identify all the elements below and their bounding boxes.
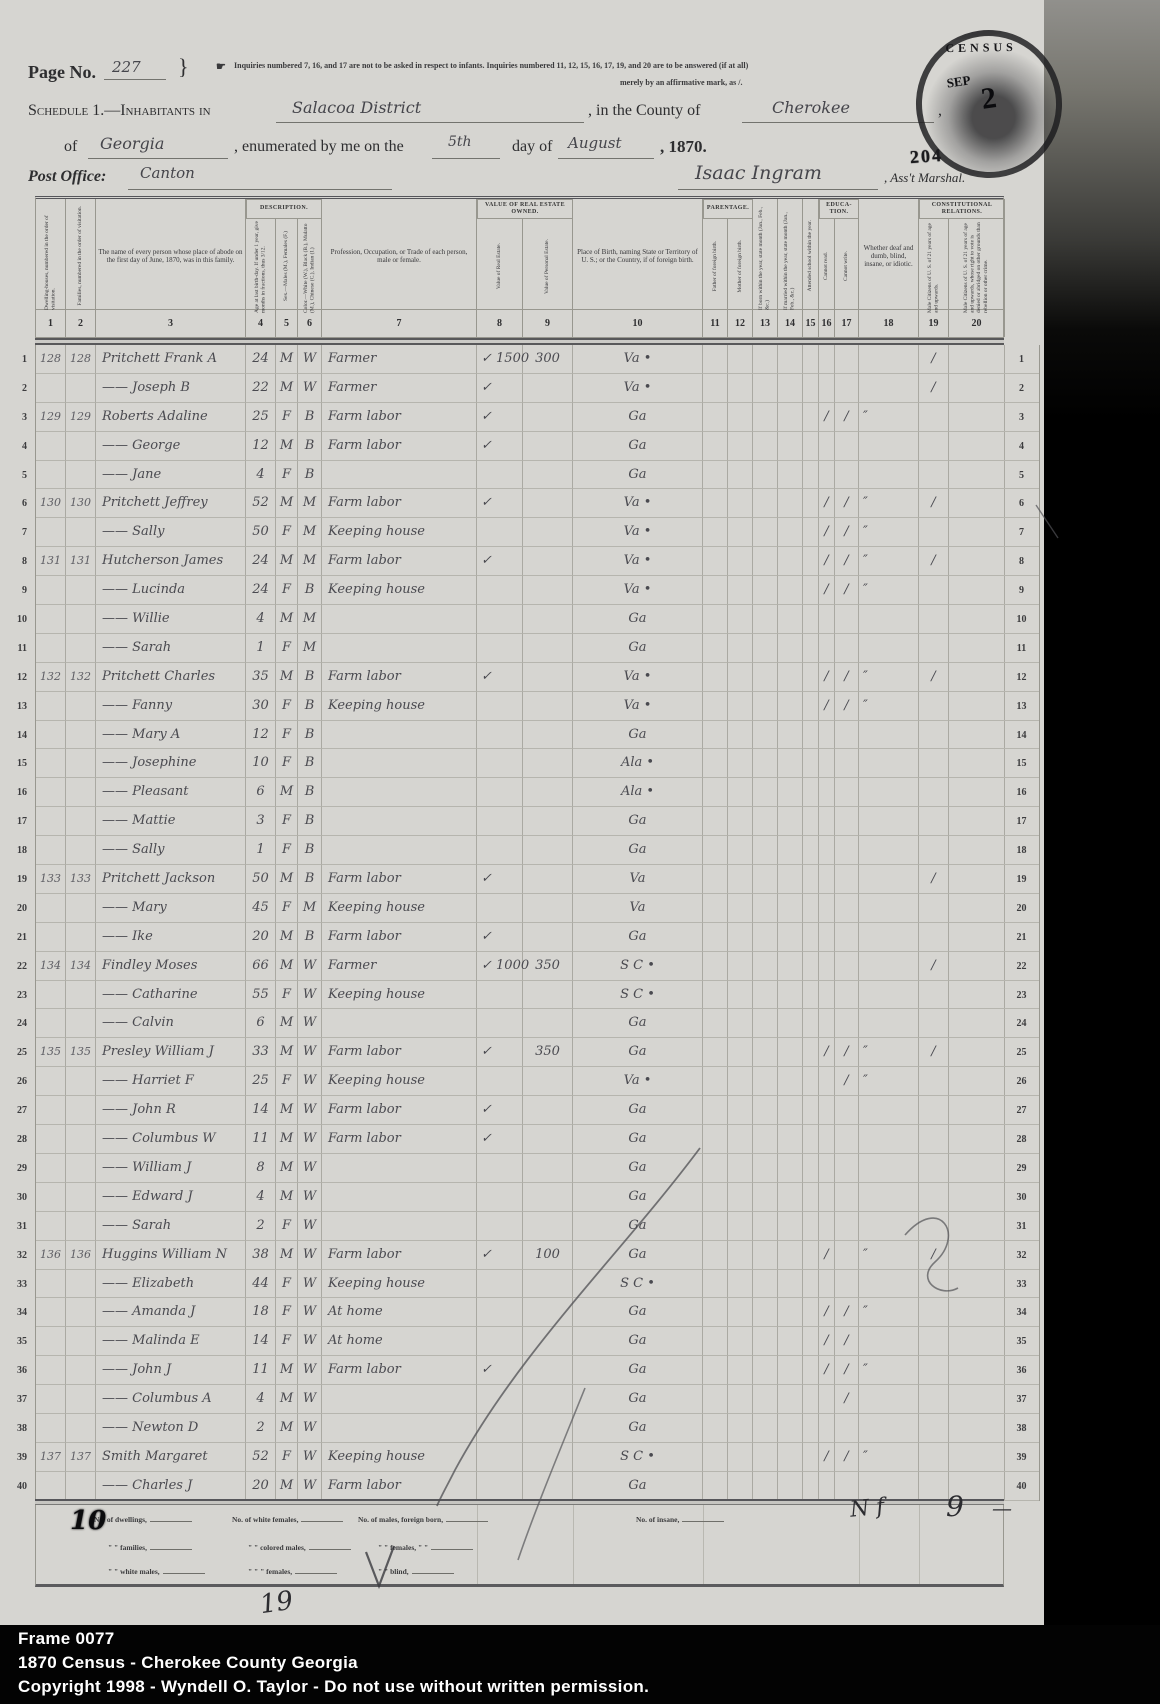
cell-father-foreign-mark xyxy=(703,1414,728,1443)
column-number-8: 8 xyxy=(477,310,523,337)
cell-vote-denied-mark xyxy=(949,1096,1005,1125)
cell-birth-month xyxy=(753,1443,778,1472)
line-number-left: 13 xyxy=(2,692,30,721)
cell-vote-denied-mark xyxy=(949,1443,1005,1472)
tally-scribble: N f xyxy=(849,1494,886,1522)
cell-person-name: Presley William J xyxy=(96,1038,246,1067)
cell-color-race: B xyxy=(298,576,322,605)
line-number-right: 32 xyxy=(1004,1241,1039,1270)
cell-person-name: Huggins William N xyxy=(96,1241,246,1270)
day-underline xyxy=(432,157,500,159)
cell-cannot-write-mark xyxy=(835,1270,859,1299)
cell-birth-month xyxy=(753,403,778,432)
cell-color-race: W xyxy=(298,1356,322,1385)
table-row: 133133Pritchett Jackson50MBFarm labor✓Va… xyxy=(36,865,1005,894)
cell-citizen-mark xyxy=(919,1472,949,1501)
line-number-right: 13 xyxy=(1004,692,1039,721)
column-title: Whether deaf and dumb, blind, insane, or… xyxy=(859,242,918,270)
cell-citizen-mark: / xyxy=(919,489,949,518)
cell-sex: F xyxy=(276,518,298,547)
cell-cannot-read-mark xyxy=(819,1270,835,1299)
cell-father-foreign-mark xyxy=(703,403,728,432)
line-number-right: 35 xyxy=(1004,1327,1039,1356)
page-no-label: Page No. xyxy=(28,62,96,83)
cell-occupation xyxy=(322,836,477,865)
cell-personal-estate-value xyxy=(523,547,573,576)
cell-sex: F xyxy=(276,807,298,836)
cell-color-race: B xyxy=(298,749,322,778)
cell-personal-estate-value xyxy=(523,663,573,692)
cell-personal-estate-value: 300 xyxy=(523,345,573,374)
cell-mother-foreign-mark xyxy=(728,1241,753,1270)
table-row: —— Joseph B22MWFarmer✓Va •/ xyxy=(36,374,1005,403)
cell-occupation xyxy=(322,807,477,836)
cell-citizen-mark xyxy=(919,1414,949,1443)
line-number-right: 21 xyxy=(1004,923,1039,952)
cell-dwelling-number xyxy=(36,1414,66,1443)
cell-occupation xyxy=(322,1212,477,1241)
cell-cannot-write-mark xyxy=(835,461,859,490)
line-number-left: 39 xyxy=(2,1443,30,1472)
cell-citizen-mark xyxy=(919,692,949,721)
cell-citizen-mark xyxy=(919,1327,949,1356)
cell-cannot-read-mark: / xyxy=(819,1298,835,1327)
cell-sex: F xyxy=(276,749,298,778)
cell-birth-month xyxy=(753,1212,778,1241)
cell-citizen-mark xyxy=(919,1183,949,1212)
cell-cannot-write-mark: / xyxy=(835,1327,859,1356)
cell-personal-estate-value xyxy=(523,1385,573,1414)
day-value: 5th xyxy=(448,134,472,150)
cell-color-race: M xyxy=(298,489,322,518)
cell-deaf-dumb-note xyxy=(859,1327,919,1356)
cell-real-estate-value: ✓ xyxy=(477,432,523,461)
cell-color-race: W xyxy=(298,952,322,981)
cell-father-foreign-mark xyxy=(703,663,728,692)
header-double-rule xyxy=(35,338,1004,345)
enumerated-label: , enumerated by me on the xyxy=(234,138,404,156)
cell-personal-estate-value xyxy=(523,1125,573,1154)
schedule-label: Schedule 1.—Inhabitants in xyxy=(28,102,211,120)
cell-occupation: Farm labor xyxy=(322,547,477,576)
cell-deaf-dumb-note: ″ xyxy=(859,403,919,432)
cell-real-estate-value: ✓ xyxy=(477,1241,523,1270)
line-number-right: 33 xyxy=(1004,1270,1039,1299)
cell-mother-foreign-mark xyxy=(728,634,753,663)
cell-cannot-write-mark xyxy=(835,749,859,778)
column-title: If born within the year, state month (Ja… xyxy=(758,202,771,310)
cell-birth-month xyxy=(753,836,778,865)
cell-sex: M xyxy=(276,489,298,518)
cell-color-race: W xyxy=(298,374,322,403)
cell-real-estate-value xyxy=(477,1414,523,1443)
cell-dwelling-number xyxy=(36,576,66,605)
cell-person-name: —— Lucinda xyxy=(96,576,246,605)
line-number-left: 14 xyxy=(2,721,30,750)
cell-family-number xyxy=(66,692,96,721)
cell-birth-month xyxy=(753,1414,778,1443)
cell-school-mark xyxy=(803,1183,819,1212)
cell-father-foreign-mark xyxy=(703,634,728,663)
cell-vote-denied-mark xyxy=(949,461,1005,490)
cell-birth-month xyxy=(753,663,778,692)
cell-age: 33 xyxy=(246,1038,276,1067)
cell-sex: F xyxy=(276,692,298,721)
group-header-constitutional: Constitutional Relations. xyxy=(919,199,1005,219)
line-numbers-right: 1234567891011121314151617181920212223242… xyxy=(1004,345,1040,1501)
cell-real-estate-value xyxy=(477,1472,523,1501)
cell-citizen-mark: / xyxy=(919,345,949,374)
cell-cannot-read-mark: / xyxy=(819,576,835,605)
cell-cannot-write-mark: / xyxy=(835,489,859,518)
cell-mother-foreign-mark xyxy=(728,403,753,432)
cell-dwelling-number xyxy=(36,692,66,721)
cell-cannot-write-mark: / xyxy=(835,1443,859,1472)
cell-cannot-read-mark xyxy=(819,1067,835,1096)
cell-vote-denied-mark xyxy=(949,518,1005,547)
table-header: Description. Value of Real Estate owned.… xyxy=(35,196,1004,310)
cell-father-foreign-mark xyxy=(703,1472,728,1501)
column-title: Cannot write. xyxy=(843,251,850,281)
cell-mother-foreign-mark xyxy=(728,692,753,721)
column-number-18: 18 xyxy=(859,310,919,337)
cell-school-mark xyxy=(803,663,819,692)
cell-vote-denied-mark xyxy=(949,1270,1005,1299)
cell-citizen-mark: / xyxy=(919,952,949,981)
cell-married-month xyxy=(778,1183,803,1212)
cell-birthplace: Va • xyxy=(573,547,703,576)
cell-deaf-dumb-note: ″ xyxy=(859,692,919,721)
cell-personal-estate-value: 350 xyxy=(523,1038,573,1067)
cell-personal-estate-value xyxy=(523,1443,573,1472)
column-header-14: If married within the year, state month … xyxy=(778,199,803,313)
cell-sex: F xyxy=(276,1443,298,1472)
line-number-right: 11 xyxy=(1004,634,1039,663)
cell-mother-foreign-mark xyxy=(728,836,753,865)
cell-school-mark xyxy=(803,981,819,1010)
cell-birthplace: Ga xyxy=(573,923,703,952)
cell-family-number xyxy=(66,1385,96,1414)
cell-citizen-mark xyxy=(919,605,949,634)
cell-birth-month xyxy=(753,547,778,576)
cell-real-estate-value xyxy=(477,1270,523,1299)
cell-father-foreign-mark xyxy=(703,547,728,576)
cell-vote-denied-mark xyxy=(949,634,1005,663)
cell-dwelling-number xyxy=(36,374,66,403)
cell-occupation: Keeping house xyxy=(322,692,477,721)
cell-birth-month xyxy=(753,345,778,374)
cell-married-month xyxy=(778,692,803,721)
cell-color-race: W xyxy=(298,1154,322,1183)
cell-birth-month xyxy=(753,1009,778,1038)
cell-birthplace: S C • xyxy=(573,952,703,981)
cell-birthplace: Va • xyxy=(573,692,703,721)
cell-cannot-write-mark: / xyxy=(835,1038,859,1067)
cell-vote-denied-mark xyxy=(949,489,1005,518)
cell-mother-foreign-mark xyxy=(728,1038,753,1067)
cell-family-number xyxy=(66,981,96,1010)
cell-dwelling-number xyxy=(36,721,66,750)
cell-color-race: W xyxy=(298,345,322,374)
cell-citizen-mark xyxy=(919,1009,949,1038)
cell-school-mark xyxy=(803,894,819,923)
cell-married-month xyxy=(778,663,803,692)
cell-family-number xyxy=(66,432,96,461)
cell-vote-denied-mark xyxy=(949,432,1005,461)
cell-cannot-read-mark: / xyxy=(819,489,835,518)
cell-mother-foreign-mark xyxy=(728,461,753,490)
cell-age: 22 xyxy=(246,374,276,403)
cell-cannot-write-mark xyxy=(835,1154,859,1183)
cell-father-foreign-mark xyxy=(703,778,728,807)
cell-family-number xyxy=(66,1472,96,1501)
summary-males-foreign: No. of males, foreign born, xyxy=(358,1513,488,1524)
caption-title: 1870 Census - Cherokee County Georgia xyxy=(18,1653,358,1673)
cell-person-name: Pritchett Jackson xyxy=(96,865,246,894)
cell-citizen-mark xyxy=(919,1154,949,1183)
cell-deaf-dumb-note xyxy=(859,952,919,981)
cell-real-estate-value: ✓ xyxy=(477,1125,523,1154)
cell-cannot-write-mark: / xyxy=(835,1298,859,1327)
column-number-13: 13 xyxy=(753,310,778,337)
cell-sex: F xyxy=(276,634,298,663)
column-header-20: Male Citizens of U. S. of 21 years of ag… xyxy=(949,219,1005,313)
month-value: August xyxy=(568,134,621,152)
cell-sex: M xyxy=(276,547,298,576)
cell-birthplace: Va • xyxy=(573,576,703,605)
cell-age: 8 xyxy=(246,1154,276,1183)
cell-age: 6 xyxy=(246,1009,276,1038)
column-title: Color.—White (W.), Black (B.), Mulatto (… xyxy=(303,219,316,313)
summary-insane: No. of insane, xyxy=(636,1513,724,1524)
cell-vote-denied-mark xyxy=(949,692,1005,721)
cell-cannot-write-mark xyxy=(835,1096,859,1125)
cell-real-estate-value: ✓ xyxy=(477,663,523,692)
cell-family-number xyxy=(66,1067,96,1096)
cell-family-number xyxy=(66,518,96,547)
cell-sex: F xyxy=(276,721,298,750)
cell-cannot-write-mark xyxy=(835,432,859,461)
cell-deaf-dumb-note xyxy=(859,432,919,461)
column-title: Dwelling-houses, numbered in the order o… xyxy=(44,202,57,310)
cell-cannot-read-mark xyxy=(819,461,835,490)
brace: } xyxy=(178,54,189,80)
cell-citizen-mark xyxy=(919,778,949,807)
cell-father-foreign-mark xyxy=(703,1443,728,1472)
cell-age: 66 xyxy=(246,952,276,981)
cell-personal-estate-value xyxy=(523,1154,573,1183)
column-title: Male Citizens of U. S. of 21 years of ag… xyxy=(927,219,940,313)
cell-mother-foreign-mark xyxy=(728,1154,753,1183)
cell-married-month xyxy=(778,547,803,576)
cell-cannot-write-mark: / xyxy=(835,576,859,605)
cell-birthplace: Ga xyxy=(573,1183,703,1212)
line-numbers-left: 1234567891011121314151617181920212223242… xyxy=(2,345,30,1501)
cell-vote-denied-mark xyxy=(949,576,1005,605)
cell-age: 45 xyxy=(246,894,276,923)
line-number-right: 29 xyxy=(1004,1154,1039,1183)
cell-father-foreign-mark xyxy=(703,1241,728,1270)
month-underline xyxy=(558,157,654,159)
column-number-12: 12 xyxy=(728,310,753,337)
cell-birthplace: Ga xyxy=(573,605,703,634)
cell-mother-foreign-mark xyxy=(728,1327,753,1356)
cell-sex: F xyxy=(276,1212,298,1241)
column-title: Value of Personal Estate. xyxy=(544,239,551,294)
cell-birthplace: Ga xyxy=(573,1241,703,1270)
cell-family-number xyxy=(66,374,96,403)
cell-family-number xyxy=(66,634,96,663)
cell-birthplace: Ga xyxy=(573,634,703,663)
cell-real-estate-value: ✓ 1500 xyxy=(477,345,523,374)
table-row: —— Fanny30FBKeeping houseVa •//″ xyxy=(36,692,1005,721)
cell-birthplace: Va xyxy=(573,894,703,923)
marshal-label: , Ass't Marshal. xyxy=(884,170,965,186)
caption-frame: Frame 0077 xyxy=(18,1629,115,1649)
column-header-11: Father of foreign birth. xyxy=(703,219,728,313)
cell-occupation xyxy=(322,778,477,807)
cell-person-name: —— John J xyxy=(96,1356,246,1385)
cell-birth-month xyxy=(753,778,778,807)
cell-personal-estate-value xyxy=(523,749,573,778)
cell-mother-foreign-mark xyxy=(728,749,753,778)
cell-mother-foreign-mark xyxy=(728,518,753,547)
column-header-19: Male Citizens of U. S. of 21 years of ag… xyxy=(919,219,949,313)
cell-birthplace: Ala • xyxy=(573,749,703,778)
cell-dwelling-number xyxy=(36,1356,66,1385)
cell-cannot-write-mark xyxy=(835,345,859,374)
cell-family-number xyxy=(66,1096,96,1125)
cell-birthplace: S C • xyxy=(573,1443,703,1472)
cell-school-mark xyxy=(803,1298,819,1327)
cell-family-number xyxy=(66,721,96,750)
cell-mother-foreign-mark xyxy=(728,1183,753,1212)
cell-school-mark xyxy=(803,1414,819,1443)
cell-cannot-write-mark xyxy=(835,634,859,663)
cell-father-foreign-mark xyxy=(703,605,728,634)
cell-birth-month xyxy=(753,432,778,461)
cell-occupation: Farm labor xyxy=(322,923,477,952)
cell-personal-estate-value xyxy=(523,1096,573,1125)
cell-citizen-mark xyxy=(919,836,949,865)
cell-school-mark xyxy=(803,923,819,952)
table-row: —— Elizabeth44FWKeeping houseS C • xyxy=(36,1270,1005,1299)
column-number-11: 11 xyxy=(703,310,728,337)
scan-dark-edge-right xyxy=(1044,0,1160,1704)
cell-school-mark xyxy=(803,807,819,836)
cell-citizen-mark xyxy=(919,1125,949,1154)
cell-cannot-write-mark xyxy=(835,807,859,836)
cell-color-race: B xyxy=(298,778,322,807)
line-number-left: 5 xyxy=(2,461,30,490)
cell-cannot-write-mark xyxy=(835,1183,859,1212)
cell-dwelling-number: 131 xyxy=(36,547,66,576)
cell-deaf-dumb-note xyxy=(859,1414,919,1443)
cell-married-month xyxy=(778,923,803,952)
cell-real-estate-value: ✓ xyxy=(477,403,523,432)
cell-dwelling-number: 130 xyxy=(36,489,66,518)
cell-occupation: Farm labor xyxy=(322,1241,477,1270)
cell-school-mark xyxy=(803,1009,819,1038)
cell-birth-month xyxy=(753,923,778,952)
cell-birthplace: Ga xyxy=(573,1298,703,1327)
cell-birthplace: Ga xyxy=(573,721,703,750)
cell-occupation: Farm labor xyxy=(322,865,477,894)
cell-real-estate-value xyxy=(477,807,523,836)
cell-cannot-write-mark: / xyxy=(835,403,859,432)
cell-person-name: —— Mattie xyxy=(96,807,246,836)
cell-color-race: W xyxy=(298,1472,322,1501)
cell-cannot-read-mark xyxy=(819,923,835,952)
cell-person-name: —— Pleasant xyxy=(96,778,246,807)
cell-citizen-mark xyxy=(919,432,949,461)
cell-school-mark xyxy=(803,605,819,634)
cell-birthplace: Ga xyxy=(573,1327,703,1356)
cell-deaf-dumb-note: ″ xyxy=(859,663,919,692)
cell-person-name: Smith Margaret xyxy=(96,1443,246,1472)
cell-sex: F xyxy=(276,1270,298,1299)
cell-color-race: W xyxy=(298,1212,322,1241)
cell-vote-denied-mark xyxy=(949,1009,1005,1038)
cell-married-month xyxy=(778,432,803,461)
cell-mother-foreign-mark xyxy=(728,778,753,807)
cell-occupation xyxy=(322,1009,477,1038)
cell-dwelling-number xyxy=(36,1298,66,1327)
cell-birth-month xyxy=(753,576,778,605)
cell-sex: M xyxy=(276,1009,298,1038)
cell-color-race: B xyxy=(298,865,322,894)
table-row: —— Willie4MMGa xyxy=(36,605,1005,634)
cell-family-number xyxy=(66,1009,96,1038)
cell-sex: M xyxy=(276,1183,298,1212)
cell-married-month xyxy=(778,1067,803,1096)
cell-personal-estate-value xyxy=(523,894,573,923)
cell-cannot-write-mark: / xyxy=(835,518,859,547)
line-number-left: 33 xyxy=(2,1270,30,1299)
column-number-19: 19 xyxy=(919,310,949,337)
cell-real-estate-value: ✓ xyxy=(477,489,523,518)
cell-school-mark xyxy=(803,374,819,403)
cell-school-mark xyxy=(803,345,819,374)
line-number-left: 18 xyxy=(2,836,30,865)
column-number-4: 4 xyxy=(246,310,276,337)
cell-cannot-read-mark xyxy=(819,836,835,865)
bottom-scrawl: 19 xyxy=(258,1586,295,1620)
cell-birth-month xyxy=(753,807,778,836)
cell-color-race: B xyxy=(298,836,322,865)
cell-married-month xyxy=(778,1096,803,1125)
line-number-right: 36 xyxy=(1004,1356,1039,1385)
cell-age: 20 xyxy=(246,1472,276,1501)
cell-citizen-mark xyxy=(919,576,949,605)
cell-dwelling-number xyxy=(36,749,66,778)
summary-females: " " females, " " xyxy=(378,1541,473,1552)
cell-person-name: —— Mary A xyxy=(96,721,246,750)
line-number-left: 10 xyxy=(2,605,30,634)
cell-birth-month xyxy=(753,865,778,894)
cell-vote-denied-mark xyxy=(949,1241,1005,1270)
cell-deaf-dumb-note xyxy=(859,1270,919,1299)
inquiries-note-line2: merely by an affirmative mark, as /. xyxy=(620,78,743,87)
column-title: Father of foreign birth. xyxy=(712,241,719,291)
line-number-right: 18 xyxy=(1004,836,1039,865)
line-number-left: 19 xyxy=(2,865,30,894)
cell-vote-denied-mark xyxy=(949,923,1005,952)
line-number-right: 1 xyxy=(1004,345,1039,374)
line-number-left: 9 xyxy=(2,576,30,605)
cell-color-race: W xyxy=(298,981,322,1010)
cell-birthplace: Ga xyxy=(573,1096,703,1125)
